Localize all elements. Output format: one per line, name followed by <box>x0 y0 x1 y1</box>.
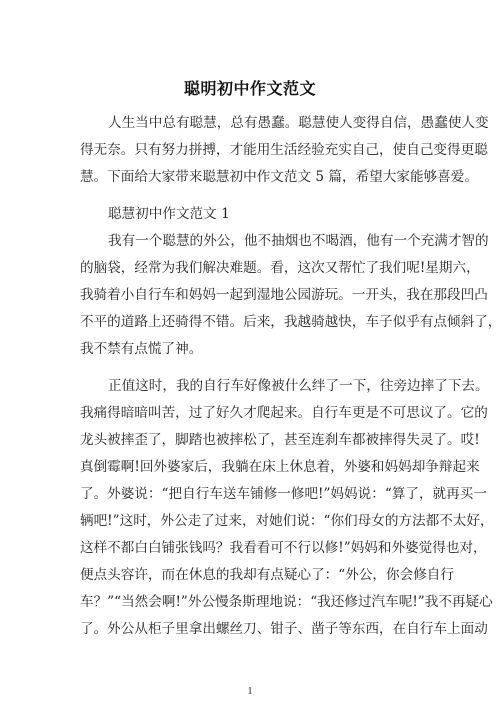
paragraph-line: 我不禁有点慌了神。 <box>80 340 426 358</box>
intro-line: 得无奈。只有努力拼搏，才能用生活经验充实自己，使自己变得更聪 <box>80 141 426 159</box>
paragraph-line: 正值这时，我的自行车好像被什么绊了一下，往旁边摔了下去。 <box>108 377 426 395</box>
paragraph-line: 的脑袋，经常为我们解决难题。看，这次又帮忙了我们呢!星期六， <box>80 259 426 277</box>
paragraph-line: 真倒霉啊!回外婆家后，我躺在床上休息着，外婆和妈妈却争辩起来 <box>80 458 426 476</box>
document-page: 聪明初中作文范文 人生当中总有聪慧，总有愚蠢。聪慧使人变得自信，愚蠢使人变 得无… <box>0 0 500 707</box>
document-title: 聪明初中作文范文 <box>0 76 500 99</box>
paragraph-line: 辆吧!”这时，外公走了过来，对她们说：“你们母女的方法都不太好， <box>80 512 426 530</box>
paragraph-line: 不平的道路上还骑得不错。后来，我越骑越快，车子似乎有点倾斜了， <box>80 313 426 331</box>
paragraph-line: 我痛得暗暗叫苦，过了好久才爬起来。自行车更是不可思议了。它的 <box>80 404 426 422</box>
paragraph-line: 便点头容许，而在休息的我却有点疑心了：“外公，你会修自行 <box>80 566 426 584</box>
page-number: 1 <box>0 685 500 697</box>
paragraph-line: 了。外婆说：“把自行车送车铺修一修吧!”妈妈说：“算了，就再买一 <box>80 485 426 503</box>
paragraph-line: 这样不都白白铺张钱吗？我看看可不行以修!”妈妈和外婆觉得也对， <box>80 539 426 557</box>
paragraph-line: 我有一个聪慧的外公，他不抽烟也不喝酒，他有一个充满才智的 <box>108 232 426 250</box>
intro-line: 慧。下面给大家带来聪慧初中作文范文 5 篇，希望大家能够喜爱。 <box>80 168 426 186</box>
paragraph-line: 车？”“当然会啊!”外公慢条斯理地说：“我还修过汽车呢!”我不再疑心 <box>80 593 426 611</box>
paragraph-line: 了。外公从柜子里拿出螺丝刀、钳子、凿子等东西，在自行车上面动 <box>80 620 426 638</box>
section-heading: 聪慧初中作文范文 1 <box>108 205 230 223</box>
intro-line: 人生当中总有聪慧，总有愚蠢。聪慧使人变得自信，愚蠢使人变 <box>108 114 426 132</box>
paragraph-line: 龙头被摔歪了，脚踏也被摔松了，甚至连刹车都被摔得失灵了。哎! <box>80 431 426 449</box>
paragraph-line: 我骑着小自行车和妈妈一起到湿地公园游玩。一开头，我在那段凹凸 <box>80 286 426 304</box>
